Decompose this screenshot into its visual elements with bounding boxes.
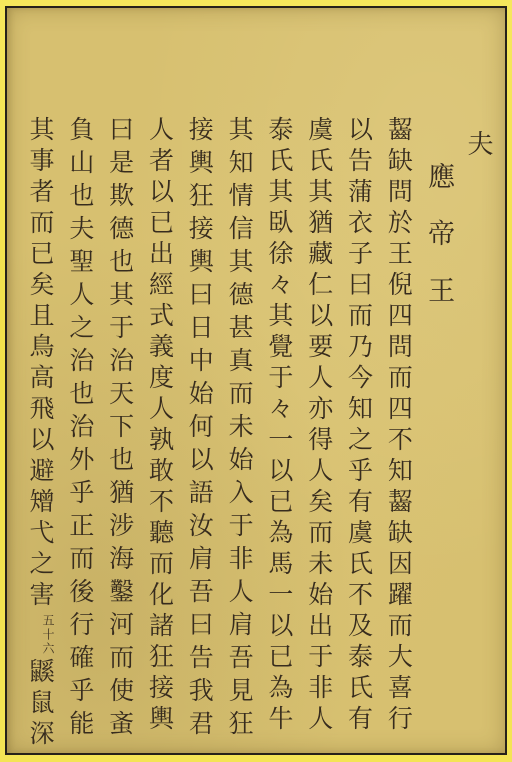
text-column-10: 其事者而已矣且鳥高飛以避矰弋之害五十六鼷鼠深 [25, 116, 55, 739]
text-column-2: 以告蒲衣子曰而乃今知之乎有虞氏不及泰氏有 [344, 116, 374, 739]
manuscript-scan: { "meta": { "document_kind": "handwritte… [0, 0, 512, 762]
text-column-5: 其知情信其德甚真而未始入于非人肩吾見狂 [224, 116, 254, 739]
text-column-1: 齧缺問於王倪四問而四不知齧缺因躍而大喜行 [383, 116, 413, 739]
paper-sheet: 夫 應帝王 齧缺問於王倪四問而四不知齧缺因躍而大喜行 以告蒲衣子曰而乃今知之乎有… [5, 6, 507, 755]
text-column-6: 接輿狂接輿曰日中始何以語汝肩吾曰告我君 [184, 116, 214, 739]
text-column-3: 虞氏其猶藏仁以要人亦得人矣而未始出于非人 [304, 116, 334, 739]
text-column-8: 曰是欺德也其于治天下也猶涉海鑿河而使蚉 [105, 116, 135, 739]
text-column-10-pre: 其事者而已矣且鳥高飛以避矰弋之害 [26, 116, 55, 612]
text-column-4: 泰氏其臥徐々其覺于々一以已為馬一以已為牛 [264, 116, 294, 739]
text-column-9: 負山也夫聖人之治也治外乎正而後行確乎能 [65, 116, 95, 739]
text-column-7: 人者以已出經式義度人孰敢不聽而化諸狂接輿 [144, 116, 174, 739]
folio-number-note: 五十六 [41, 614, 55, 656]
leading-character-column: 夫 [463, 116, 493, 739]
text-block: 夫 應帝王 齧缺問於王倪四問而四不知齧缺因躍而大喜行 以告蒲衣子曰而乃今知之乎有… [25, 116, 493, 739]
chapter-title: 應帝王 [423, 116, 453, 739]
text-column-10-post: 鼷鼠深 [26, 658, 55, 751]
